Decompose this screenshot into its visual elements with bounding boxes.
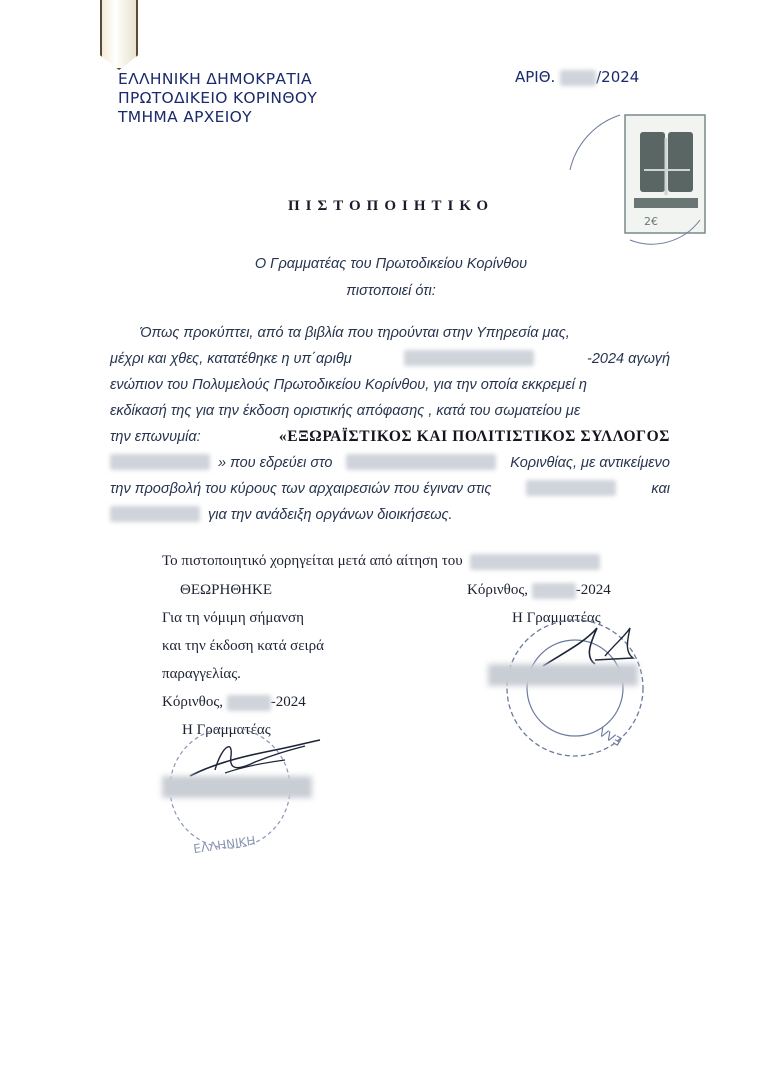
ref-suffix: /2024: [596, 68, 639, 86]
redacted-applicant: [470, 554, 600, 570]
svg-text:ΕΛΛ: ΕΛΛ: [596, 724, 624, 749]
body-line-8: για την ανάδειξη οργάνων διοικήσεως.: [208, 502, 453, 528]
left-line-1: Για τη νόμιμη σήμανση: [162, 610, 304, 627]
right-date: Κόρινθος, -2024: [467, 582, 611, 599]
header-line-1: ΕΛΛΗΝΙΚΗ ΔΗΜΟΚΡΑΤΙΑ: [118, 70, 317, 89]
body-line-5a: την επωνυμία:: [110, 424, 201, 450]
body-line-6a: » που εδρεύει στο: [218, 450, 332, 476]
redacted-case-number: [404, 350, 534, 366]
redacted-location: [346, 454, 496, 470]
right-date-suffix: -2024: [576, 582, 611, 598]
fee-stamp-icon: 2€: [560, 100, 720, 260]
left-line-3: παραγγελίας.: [162, 666, 241, 683]
body-line-4: εκδίκασή της για την έκδοση οριστικής απ…: [110, 398, 580, 424]
approved-heading: ΘΕΩΡΗΘΗΚΕ: [180, 582, 272, 599]
body-line-2a: μέχρι και χθες, κατατέθηκε η υπ΄αριθμ: [110, 346, 352, 372]
left-date: Κόρινθος, -2024: [162, 694, 306, 711]
paper-clip: [100, 0, 138, 70]
redacted-association-suffix: [110, 454, 210, 470]
association-name: «ΕΞΩΡΑΪΣΤΙΚΟΣ ΚΑΙ ΠΟΛΙΤΙΣΤΙΚΟΣ ΣΥΛΛΟΓΟΣ: [279, 424, 670, 450]
issuer-header: ΕΛΛΗΝΙΚΗ ΔΗΜΟΚΡΑΤΙΑ ΠΡΩΤΟΔΙΚΕΙΟ ΚΟΡΙΝΘΟΥ…: [118, 70, 317, 127]
body-line-7b: και: [651, 476, 670, 502]
ref-prefix: ΑΡΙΘ.: [515, 68, 555, 86]
request-line: Το πιστοποιητικό χορηγείται μετά από αίτ…: [162, 553, 600, 570]
header-line-2: ΠΡΩΤΟΔΙΚΕΙΟ ΚΟΡΙΝΘΟΥ: [118, 89, 317, 108]
certificate-body: Όπως προκύπτει, από τα βιβλία που τηρούν…: [110, 320, 670, 528]
redacted-ref: [560, 70, 596, 86]
svg-text:2€: 2€: [644, 215, 658, 228]
intro-line-2: πιστοποιεί ότι:: [0, 283, 782, 299]
reference-number: ΑΡΙΘ. /2024: [515, 68, 639, 86]
right-place: Κόρινθος,: [467, 582, 528, 598]
body-line-3: ενώπιον του Πολυμελούς Πρωτοδικείου Κορί…: [110, 372, 587, 398]
svg-text:ΕΛΛΗΝΙΚΗ: ΕΛΛΗΝΙΚΗ: [193, 834, 257, 857]
left-line-2: και την έκδοση κατά σειρά: [162, 638, 324, 655]
body-line-2b: -2024 αγωγή: [587, 346, 670, 372]
redacted-date-1: [526, 480, 616, 496]
header-line-3: ΤΜΗΜΑ ΑΡΧΕΙΟΥ: [118, 108, 317, 127]
body-line-9: Το πιστοποιητικό χορηγείται μετά από αίτ…: [162, 553, 463, 569]
intro-line-1: Ο Γραμματέας του Πρωτοδικείου Κορίνθου: [0, 256, 782, 272]
document-title: ΠΙΣΤΟΠΟΙΗΤΙΚΟ: [0, 198, 782, 215]
body-line-6b: Κορινθίας, με αντικείμενο: [510, 450, 670, 476]
redacted-right-signatory: [488, 664, 638, 686]
redacted-date-2: [110, 506, 200, 522]
body-line-7a: την προσβολή του κύρους των αρχαιρεσιών …: [110, 476, 491, 502]
redacted-left-signatory: [162, 776, 312, 798]
left-place: Κόρινθος,: [162, 694, 223, 710]
left-date-suffix: -2024: [271, 694, 306, 710]
redacted-right-date: [532, 583, 576, 599]
body-line-1: Όπως προκύπτει, από τα βιβλία που τηρούν…: [140, 320, 570, 346]
redacted-left-date: [227, 695, 271, 711]
